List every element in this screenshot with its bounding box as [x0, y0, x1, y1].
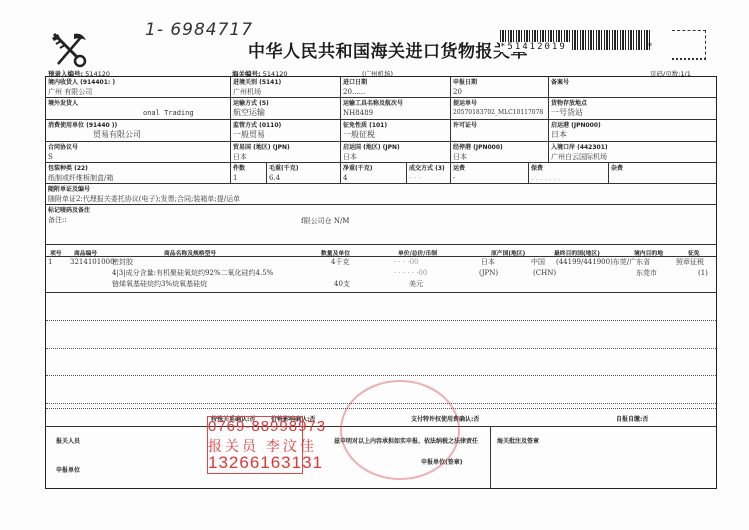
field-import-date: 进口日期20...... — [341, 77, 451, 98]
goods-table-row: 1 3214101000 密封胶 4|3|成分含量:有机聚硅氧烷约92%二氧化硅… — [46, 257, 716, 293]
field-misc-fee: 杂费 — [609, 163, 716, 184]
field-consignee: 境内收货人 (914401: )广州 有限公司 — [46, 77, 231, 98]
company-seal — [340, 380, 460, 480]
barcode-end: * — [648, 42, 652, 51]
field-marks-remarks: 标记唛码及备注 备注:: f限公司仓 N/M — [46, 205, 716, 245]
field-gross-weight: 毛重(千克)6.4 — [267, 163, 341, 184]
field-contract-no: 合同协议号S — [46, 142, 231, 163]
row-divider — [46, 320, 716, 321]
field-overseas-shipper: 境外发货人onal Trading — [46, 98, 231, 120]
field-departure-port: 启运港 (JPN000)日本 — [549, 120, 716, 142]
row-divider — [46, 375, 716, 376]
field-trade-country: 贸易国 (地区) (JPN)日本 — [231, 142, 341, 163]
field-record-no: 备案号 — [549, 77, 716, 98]
field-pieces: 件数1 — [231, 163, 267, 184]
field-levy-nature: 征免性质 (101)一般征税 — [341, 120, 451, 142]
self-report-confirm: 自报自缴:否 — [616, 414, 648, 423]
field-bill-no: 提运单号20570183702_MLC10117078 — [451, 98, 549, 120]
field-attached-docs: 随附单证及编号随附单证2:代理报关委托协议(电子);发票;合同;装箱单;提/运单 — [46, 184, 716, 205]
customs-approval: 海关批注及签章 — [491, 427, 716, 488]
field-insurance: 保费. . . . . . . — [529, 163, 609, 184]
document-title: 中华人民共和国海关进口货物报关单 — [248, 37, 528, 62]
qr-code-placeholder — [672, 30, 706, 60]
barcode-text: *51412019 — [500, 42, 571, 52]
field-deal-mode: 成交方式 (3)- - - — [407, 163, 451, 184]
declarant-unit-label: 申报单位 — [56, 465, 80, 474]
field-departure-country: 启运国 (地区) (JPN)日本 — [341, 142, 451, 163]
field-net-weight: 净重(千克)4 — [341, 163, 407, 184]
field-consumer-unit: 消费使用单位 (91440 ))贸易有限公司 — [46, 120, 231, 142]
field-license-no: 许可证号 — [451, 120, 549, 142]
field-entry-customs: 进境关别 (5141)广州机场 — [231, 77, 341, 98]
field-transit-port: 经停港 (JPN000)日本 — [451, 142, 549, 163]
declarant-stamp: 0769-88998973 报关员 李汶佳 13266163131 — [207, 416, 303, 474]
field-transport-name: 运输工具名称及航次号NH8489 — [341, 98, 451, 120]
field-freight: 运费- — [451, 163, 529, 184]
goods-table-header: 项号 商品编号 商品名称及规格型号 数量及单位 单价/总价/币制 原产国(地区)… — [46, 245, 716, 257]
handwritten-reference-number: 1- 6984717 — [145, 20, 253, 40]
field-supervision-mode: 监管方式 (0110)一般贸易 — [231, 120, 341, 142]
declarant-label: 报关人员 — [56, 436, 80, 445]
field-declare-date: 申报日期20 — [451, 77, 549, 98]
customs-emblem-icon — [48, 28, 90, 70]
field-transport-mode: 运输方式 (5)航空运输 — [231, 98, 341, 120]
field-entry-port: 入境口岸 (442301)广州白云国际机场 — [549, 142, 716, 163]
row-divider — [46, 348, 716, 349]
field-storage-place: 货物存放地点一号货站 — [549, 98, 716, 120]
field-package-type: 包装种类 (22)纸制或纤维板制盒/箱 — [46, 163, 231, 184]
